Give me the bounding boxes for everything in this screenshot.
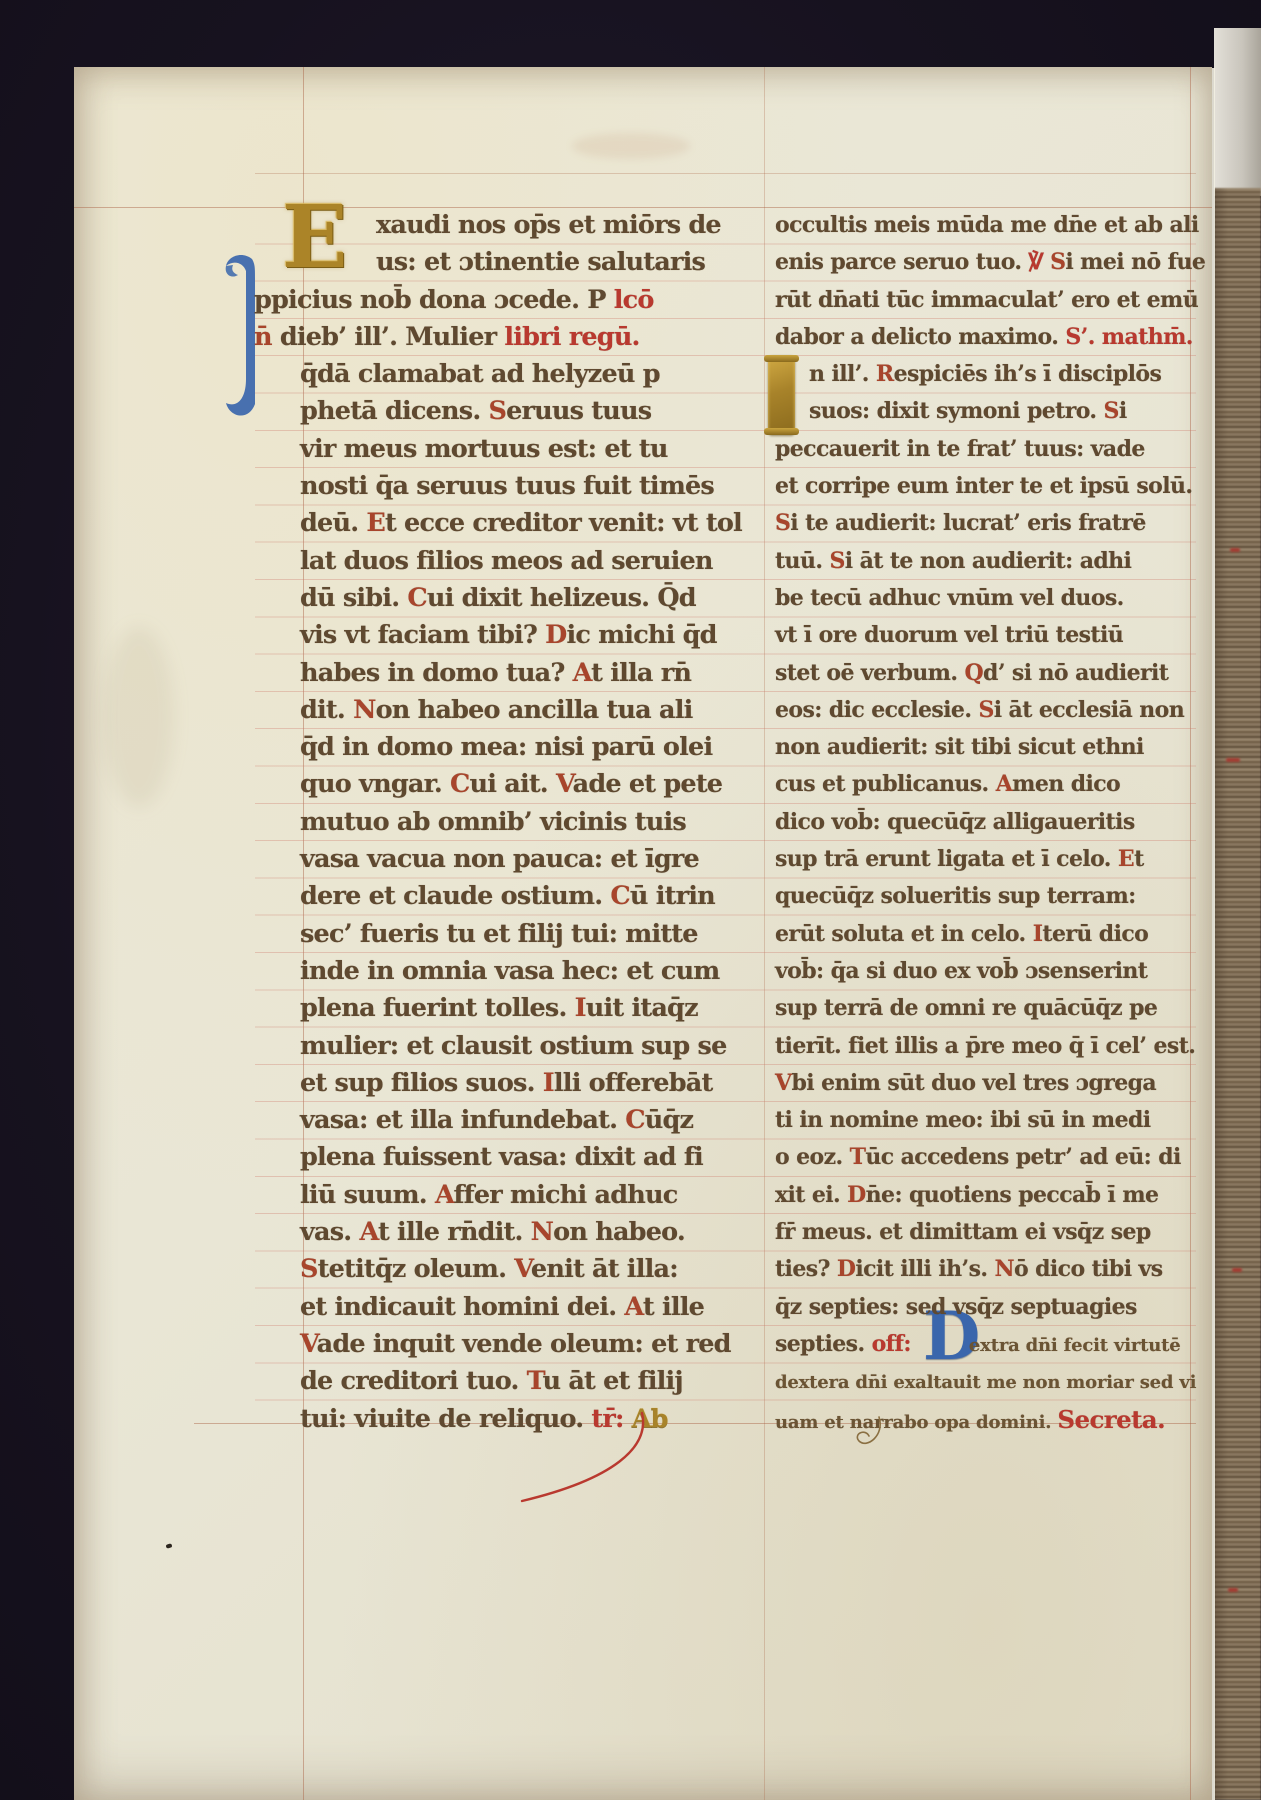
text-line: peccauerit in te frat’ tuus: vade xyxy=(775,431,1205,468)
body-text: tuū. xyxy=(775,548,829,574)
text-line: plena fuerint tolles. Iuit itaq̄z xyxy=(300,990,770,1027)
text-line: vas. At ille rn̄dit. Non habeo. xyxy=(300,1214,770,1251)
body-text: sec’ fueris tu et filij tui: mitte xyxy=(300,919,698,949)
body-text: vob̄: q̄a si duo ex vob̄ ɔsenserint xyxy=(775,958,1147,984)
body-text: ic michi q̄d xyxy=(566,620,716,650)
text-line: rūt dn̄ati tūc immaculat’ ero et emū xyxy=(775,282,1205,319)
text-line: dū sibi. Cui dixit helizeus. Q̄d xyxy=(300,580,770,617)
body-text: uit itaq̄z xyxy=(586,993,698,1023)
text-line: erūt soluta et in celo. Iterū dico xyxy=(775,916,1205,953)
text-line: nosti q̄a seruus tuus fuit timēs xyxy=(300,468,770,505)
book-foredge xyxy=(1212,28,1261,1800)
text-line: quecūq̄z solueritis sup terram: xyxy=(775,878,1205,915)
body-text: lat duos filios meos ad seruien xyxy=(300,546,713,576)
body-text: non audierit: sit tibi sicut ethni xyxy=(775,734,1144,760)
text-line: sup terrā de omni re quācūq̄z pe xyxy=(775,990,1205,1027)
body-text: dere et claude ostium. xyxy=(300,881,610,911)
body-text xyxy=(624,1404,632,1434)
rubric-text: libri regū. xyxy=(504,322,639,352)
body-text: icit illi ih’s. xyxy=(855,1256,994,1282)
foredge-red-mark xyxy=(1226,758,1240,762)
body-text: fr̄ meus. et dimittam ei vsq̄z sep xyxy=(775,1219,1151,1245)
text-column-right: occultis meis mūda me dn̄e et ab alienis… xyxy=(775,207,1205,1438)
body-text: q̄z septies: sed vsq̄z septuagies xyxy=(775,1294,1137,1320)
body-text: vas. xyxy=(300,1217,359,1247)
body-text: t ecce creditor venit: vt tol xyxy=(385,508,742,538)
text-line: dextera dn̄i exaltauit me non moriar sed… xyxy=(775,1363,1205,1400)
text-line: sup trā erunt ligata et ī celo. Et xyxy=(775,841,1205,878)
body-text: deū. xyxy=(300,508,366,538)
body-text: n̄ xyxy=(254,322,272,352)
body-text: i xyxy=(1119,398,1127,424)
photo-backdrop: E D xaudi nos op̄s et miōrs deus: et ɔti… xyxy=(0,0,1261,1800)
text-line: de creditori tuo. Tu āt et filij xyxy=(300,1363,770,1400)
text-line: inde in omnia vasa hec: et cum xyxy=(300,953,770,990)
body-text: us: et ɔtinentie salutaris xyxy=(376,247,705,277)
body-text: tetitq̄z oleum. xyxy=(318,1254,515,1284)
body-text: E xyxy=(1118,846,1134,872)
body-text: i āt ecclesiā non xyxy=(994,697,1184,723)
body-text: S xyxy=(775,510,790,536)
body-text: quecūq̄z solueritis sup terram: xyxy=(775,883,1136,909)
body-text: extra dn̄i fecit virtutē xyxy=(969,1335,1181,1356)
text-line: q̄dā clamabat ad helyzeū p xyxy=(300,356,770,393)
body-text: N xyxy=(353,695,376,725)
body-text: habes in domo tua? xyxy=(300,658,573,688)
body-text: vasa: et illa infundebat. xyxy=(300,1105,625,1135)
body-text: ties? xyxy=(775,1256,837,1282)
text-line: eos: dic ecclesie. Si āt ecclesiā non xyxy=(775,692,1205,729)
text-line: mulier: et clausit ostium sup se xyxy=(300,1028,770,1065)
text-line: vob̄: q̄a si duo ex vob̄ ɔsenserint xyxy=(775,953,1205,990)
body-text: ppicius nob̄ dona ɔcede. P xyxy=(254,285,614,315)
body-text: enis parce seruo tuo. xyxy=(775,249,1029,275)
foredge-red-mark xyxy=(1230,548,1240,552)
body-text: on habeo ancilla tua ali xyxy=(376,695,693,725)
body-text: i mei nō fue xyxy=(1065,249,1205,275)
body-text: eos: dic ecclesie. xyxy=(775,697,978,723)
body-text: vir meus mortuus est: et tu xyxy=(300,434,668,464)
text-line: deū. Et ecce creditor venit: vt tol xyxy=(300,505,770,542)
body-text: sup trā erunt ligata et ī celo. xyxy=(775,846,1118,872)
body-text: septies. xyxy=(775,1331,872,1357)
body-text: dabor a delicto maximo. xyxy=(775,324,1065,350)
body-text: D xyxy=(545,620,566,650)
body-text: et indicauit homini dei. xyxy=(300,1292,624,1322)
body-text: dit. xyxy=(300,695,353,725)
body-text: C xyxy=(407,583,427,613)
text-line: vis vt faciam tibi? Dic michi q̄d xyxy=(300,617,770,654)
text-line: uam et narrabo opa domini. Secreta. xyxy=(775,1401,1205,1438)
body-text: ui ait. xyxy=(470,769,556,799)
text-line: et sup filios suos. Illi offerebāt xyxy=(300,1065,770,1102)
body-text: V xyxy=(514,1254,531,1284)
body-text: S xyxy=(829,548,844,574)
body-text: A xyxy=(435,1180,454,1210)
body-text: t illa rn̄ xyxy=(591,658,691,688)
rubric-text: S’. mathm̄. xyxy=(1065,324,1193,350)
body-text: A xyxy=(573,658,592,688)
body-text: ū itrin xyxy=(630,881,715,911)
text-line: septies. off:extra dn̄i fecit virtutē xyxy=(775,1326,1205,1363)
text-line: non audierit: sit tibi sicut ethni xyxy=(775,729,1205,766)
text-line: n ill’. Respiciēs ih’s ī disciplōs xyxy=(775,356,1205,393)
foredge-red-mark xyxy=(1232,1268,1242,1272)
text-line: lat duos filios meos ad seruien xyxy=(300,543,770,580)
body-text: i āt te non audierit: adhi xyxy=(845,548,1132,574)
text-line: dere et claude ostium. Cū itrin xyxy=(300,878,770,915)
body-text: de creditori tuo. xyxy=(300,1366,527,1396)
body-text: et sup filios suos. xyxy=(300,1068,543,1098)
body-text: V xyxy=(775,1070,791,1096)
body-text: ade et pete xyxy=(573,769,723,799)
body-text: D xyxy=(847,1182,865,1208)
body-text: espiciēs ih’s ī disciplōs xyxy=(894,361,1162,387)
text-line: ti in nomine meo: ibi sū in medi xyxy=(775,1102,1205,1139)
body-text: q̄dā clamabat ad helyzeū p xyxy=(300,359,660,389)
body-text: t ille rn̄dit. xyxy=(378,1217,531,1247)
text-line: stet oē verbum. Qd’ si nō audierit xyxy=(775,655,1205,692)
body-text: D xyxy=(837,1256,855,1282)
rubric-text: Secreta. xyxy=(1057,1405,1165,1434)
body-text: suos: dixit symoni petro. xyxy=(809,398,1104,424)
text-line: cus et publicanus. Amen dico xyxy=(775,766,1205,803)
body-text: mulier: et clausit ostium sup se xyxy=(300,1031,727,1061)
body-text: stet oē verbum. xyxy=(775,660,964,686)
body-text: I xyxy=(575,993,586,1023)
body-text: I xyxy=(543,1068,554,1098)
body-text: dū sibi. xyxy=(300,583,407,613)
text-line: occultis meis mūda me dn̄e et ab ali xyxy=(775,207,1205,244)
text-line: habes in domo tua? At illa rn̄ xyxy=(300,655,770,692)
text-line: tierīt. fiet illis a p̄re meo q̄ ī cel’ … xyxy=(775,1028,1205,1065)
text-line: vasa vacua non pauca: et īgre xyxy=(300,841,770,878)
body-text: R xyxy=(876,361,894,387)
body-text: plena fuerint tolles. xyxy=(300,993,575,1023)
text-line: enis parce seruo tuo. ℣ Si mei nō fue xyxy=(775,244,1205,281)
text-line: phetā dicens. Seruus tuus xyxy=(300,393,770,430)
body-text: eruus tuus xyxy=(506,396,651,426)
body-text: S xyxy=(300,1254,318,1284)
body-text: d’ si nō audierit xyxy=(983,660,1168,686)
text-line: n̄ dieb’ ill’. Mulier libri regū. xyxy=(254,319,770,356)
text-line: dabor a delicto maximo. S’. mathm̄. xyxy=(775,319,1205,356)
body-text: i te audierit: lucrat’ eris fratrē xyxy=(790,510,1145,536)
body-text: ui dixit helizeus. Q̄d xyxy=(427,583,696,613)
body-text: Ab xyxy=(632,1404,668,1434)
body-text: ffer michi adhuc xyxy=(454,1180,678,1210)
text-column-left: xaudi nos op̄s et miōrs deus: et ɔtinent… xyxy=(300,207,770,1438)
body-text: rūt dn̄ati tūc immaculat’ ero et emū xyxy=(775,287,1198,313)
body-text: E xyxy=(366,508,385,538)
body-text: phetā dicens. xyxy=(300,396,489,426)
body-text: n ill’. xyxy=(809,361,876,387)
body-text: Q xyxy=(964,660,983,686)
body-text: A xyxy=(996,771,1012,797)
body-text: A xyxy=(624,1292,643,1322)
foredge-red-mark xyxy=(1228,1588,1238,1592)
body-text: mutuo ab omnib’ vicinis tuis xyxy=(300,807,686,837)
text-line: sec’ fueris tu et filij tui: mitte xyxy=(300,916,770,953)
body-text: N xyxy=(531,1217,554,1247)
text-line: tui: viuite de reliquo. tr̄: Ab xyxy=(300,1401,770,1438)
text-line: suos: dixit symoni petro. Si xyxy=(775,393,1205,430)
body-text: et corripe eum inter te et ipsū solū. xyxy=(775,473,1192,499)
text-line: tuū. Si āt te non audierit: adhi xyxy=(775,543,1205,580)
text-line: us: et ɔtinentie salutaris xyxy=(300,244,770,281)
body-text: be tecū adhuc vnūm vel duos. xyxy=(775,585,1124,611)
body-text: occultis meis mūda me dn̄e et ab ali xyxy=(775,212,1199,238)
text-line: o eoz. Tūc accedens petr’ ad eū: di xyxy=(775,1139,1205,1176)
parchment-stain xyxy=(104,627,174,807)
body-text: o eoz. xyxy=(775,1144,850,1170)
text-line: quo vngar. Cui ait. Vade et pete xyxy=(300,766,770,803)
body-text: C xyxy=(625,1105,645,1135)
body-text: xit ei. xyxy=(775,1182,847,1208)
body-text: S xyxy=(1104,398,1119,424)
body-text: N xyxy=(994,1256,1014,1282)
text-line: ties? Dicit illi ih’s. Nō dico tibi vs xyxy=(775,1251,1205,1288)
text-line: vt ī ore duorum vel triū testiū xyxy=(775,617,1205,654)
text-line: be tecū adhuc vnūm vel duos. xyxy=(775,580,1205,617)
body-text: sup terrā de omni re quācūq̄z pe xyxy=(775,995,1157,1021)
text-line: plena fuissent vasa: dixit ad fi xyxy=(300,1139,770,1176)
rubric-text: tr̄: xyxy=(591,1404,623,1434)
text-line: q̄d in domo mea: nisi parū olei xyxy=(300,729,770,766)
body-text: dextera dn̄i exaltauit me non moriar sed… xyxy=(775,1372,1196,1393)
body-text: S xyxy=(489,396,507,426)
body-text: A xyxy=(359,1217,378,1247)
body-text: lli offerebāt xyxy=(554,1068,713,1098)
text-line: et corripe eum inter te et ipsū solū. xyxy=(775,468,1205,505)
body-text: ade inquit vende oleum: et red xyxy=(317,1329,731,1359)
body-text: vis vt faciam tibi? xyxy=(300,620,545,650)
body-text: peccauerit in te frat’ tuus: vade xyxy=(775,436,1145,462)
rubric-text: lcō xyxy=(614,285,654,315)
body-text: liū suum. xyxy=(300,1180,435,1210)
foredge-leaf-stack xyxy=(1214,188,1261,1800)
text-line: fr̄ meus. et dimittam ei vsq̄z sep xyxy=(775,1214,1205,1251)
body-text: ūc accedens petr’ ad eū: di xyxy=(865,1144,1180,1170)
text-line: vir meus mortuus est: et tu xyxy=(300,431,770,468)
body-text: on habeo. xyxy=(553,1217,685,1247)
body-text: T xyxy=(527,1366,543,1396)
text-line: vasa: et illa infundebat. Cūq̄z xyxy=(300,1102,770,1139)
body-text: inde in omnia vasa hec: et cum xyxy=(300,956,720,986)
body-text: enit āt illa: xyxy=(531,1254,678,1284)
body-text: erūt soluta et in celo. xyxy=(775,921,1033,947)
text-line: xaudi nos op̄s et miōrs de xyxy=(300,207,770,244)
text-line: dit. Non habeo ancilla tua ali xyxy=(300,692,770,729)
body-text: t xyxy=(1134,846,1144,872)
body-text: V xyxy=(556,769,573,799)
body-text: vasa vacua non pauca: et īgre xyxy=(300,844,699,874)
body-text: t ille xyxy=(643,1292,704,1322)
body-text: T xyxy=(850,1144,866,1170)
body-text: C xyxy=(450,769,470,799)
body-text: n̄e: quotiens peccab̄ ī me xyxy=(866,1182,1159,1208)
body-text: C xyxy=(610,881,630,911)
body-text: I xyxy=(1033,921,1043,947)
text-line: xit ei. Dn̄e: quotiens peccab̄ ī me xyxy=(775,1177,1205,1214)
text-line: Stetitq̄z oleum. Venit āt illa: xyxy=(300,1251,770,1288)
text-line: q̄z septies: sed vsq̄z septuagies xyxy=(775,1289,1205,1326)
body-text: vt ī ore duorum vel triū testiū xyxy=(775,622,1123,648)
text-line: liū suum. Affer michi adhuc xyxy=(300,1177,770,1214)
text-line: Vade inquit vende oleum: et red xyxy=(300,1326,770,1363)
body-text: dico vob̄: quecūq̄z alligaueritis xyxy=(775,809,1135,835)
page-edge-highlight xyxy=(1212,68,1215,1800)
ruling-top-inner xyxy=(255,173,1196,174)
manuscript-page: E D xaudi nos op̄s et miōrs deus: et ɔti… xyxy=(74,67,1212,1800)
body-text: S xyxy=(1050,249,1065,275)
body-text: plena fuissent vasa: dixit ad fi xyxy=(300,1142,703,1172)
text-line: Si te audierit: lucrat’ eris fratrē xyxy=(775,505,1205,542)
body-text: ō dico tibi vs xyxy=(1014,1256,1163,1282)
foredge-top-page-edge xyxy=(1214,28,1261,196)
body-text: ti in nomine meo: ibi sū in medi xyxy=(775,1107,1151,1133)
ink-speck xyxy=(166,1543,173,1548)
text-line: ppicius nob̄ dona ɔcede. P lcō xyxy=(254,282,770,319)
body-text: q̄d in domo mea: nisi parū olei xyxy=(300,732,712,762)
body-text: ūq̄z xyxy=(645,1105,693,1135)
rubric-text: off: xyxy=(872,1331,911,1357)
body-text: tierīt. fiet illis a p̄re meo q̄ ī cel’ … xyxy=(775,1033,1195,1059)
body-text: tui: viuite de reliquo. xyxy=(300,1404,591,1434)
body-text: bi enim sūt duo vel tres ɔgrega xyxy=(791,1070,1156,1096)
body-text: u āt et filij xyxy=(543,1366,683,1396)
body-text: V xyxy=(300,1329,317,1359)
text-line: mutuo ab omnib’ vicinis tuis xyxy=(300,804,770,841)
body-text: nosti q̄a seruus tuus fuit timēs xyxy=(300,471,714,501)
body-text: S xyxy=(978,697,993,723)
body-text: men dico xyxy=(1012,771,1120,797)
text-line: et indicauit homini dei. At ille xyxy=(300,1289,770,1326)
body-text: cus et publicanus. xyxy=(775,771,996,797)
body-text: dieb’ ill’. Mulier xyxy=(272,322,505,352)
text-line: Vbi enim sūt duo vel tres ɔgrega xyxy=(775,1065,1205,1102)
body-text: uam et narrabo opa domini. xyxy=(775,1412,1057,1433)
body-text: terū dico xyxy=(1042,921,1148,947)
text-line: dico vob̄: quecūq̄z alligaueritis xyxy=(775,804,1205,841)
body-text: quo vngar. xyxy=(300,769,450,799)
rubric-text: ℣ xyxy=(1029,249,1051,275)
body-text: xaudi nos op̄s et miōrs de xyxy=(376,210,721,240)
ink-offset-smudge xyxy=(572,133,690,159)
